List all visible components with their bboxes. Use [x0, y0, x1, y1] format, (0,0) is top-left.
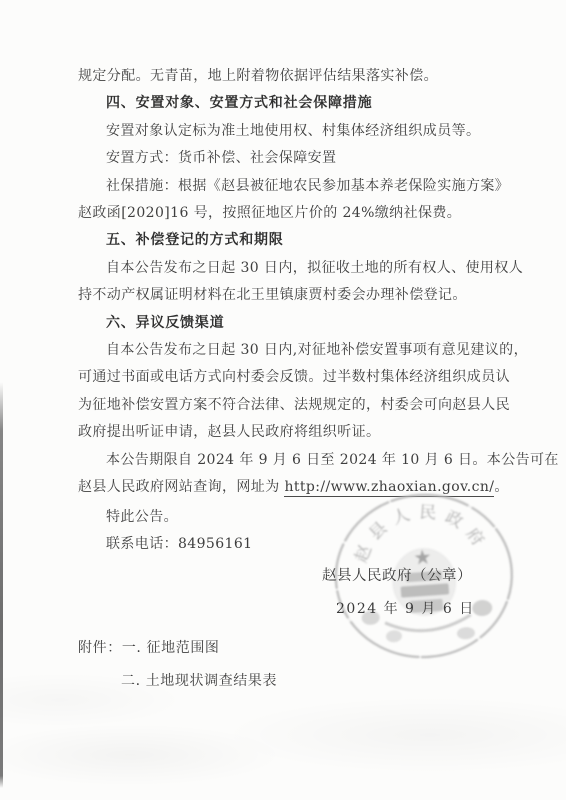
scan-artifact-left-edge — [0, 382, 3, 788]
body-line: 可通过书面或电话方式向村委会反馈。过半数村集体经济组织成员认 — [78, 364, 518, 391]
attachment-row-2: 二. 土地现状调查结果表 — [78, 670, 277, 690]
body-line: 持不动产权属证明材料在北王里镇康贾村委会办理补偿登记。 — [78, 282, 518, 309]
section-heading-6: 六、异议反馈渠道 — [78, 310, 518, 337]
website-line-prefix: 赵县人民政府网站查询，网址为 — [78, 479, 284, 495]
body-line: 规定分配。无青苗，地上附着物依据评估结果落实补偿。 — [78, 63, 518, 90]
body-line: 政府提出听证申请，赵县人民政府将组织听证。 — [78, 419, 518, 446]
body-line: 安置对象认定标为准土地使用权、村集体经济组织成员等。 — [78, 118, 518, 145]
section-heading-4: 四、安置对象、安置方式和社会保障措施 — [78, 90, 518, 117]
body-line: 自本公告发布之日起 30 日内，拟征收土地的所有权人、使用权人 — [78, 255, 518, 282]
body-line: 赵政函[2020]16 号，按照征地区片价的 24%缴纳社保费。 — [78, 200, 518, 227]
scanned-document-page: 规定分配。无青苗，地上附着物依据评估结果落实补偿。 四、安置对象、安置方式和社会… — [0, 0, 566, 800]
body-line: 安置方式：货币补偿、社会保障安置 — [78, 145, 518, 172]
document-body: 规定分配。无青苗，地上附着物依据评估结果落实补偿。 四、安置对象、安置方式和社会… — [78, 63, 518, 558]
section-heading-5: 五、补偿登记的方式和期限 — [78, 227, 518, 254]
signature-date: 2024 年 9 月 6 日 — [336, 598, 475, 618]
attachment-row-1: 附件：一. 征地范围图 — [78, 637, 277, 657]
attachments-block: 附件：一. 征地范围图 二. 土地现状调查结果表 — [78, 637, 277, 690]
attachment-item-2: 二. 土地现状调查结果表 — [121, 673, 277, 689]
body-line: 本公告期限自 2024 年 9 月 6 日至 2024 年 10 月 6 日。本… — [78, 447, 518, 474]
signature-issuer: 赵县人民政府（公章） — [322, 564, 472, 585]
body-line: 自本公告发布之日起 30 日内,对征地补偿安置事项有意见建议的， — [78, 337, 518, 364]
attachment-item-1: 一. 征地范围图 — [122, 640, 220, 656]
body-line: 为征地补偿安置方案不符合法律、法规规定的，村委会可向赵县人民 — [78, 392, 518, 419]
attachments-label: 附件： — [78, 640, 122, 656]
body-line: 社保措施：根据《赵县被征地农民参加基本养老保险实施方案》 — [78, 173, 518, 200]
